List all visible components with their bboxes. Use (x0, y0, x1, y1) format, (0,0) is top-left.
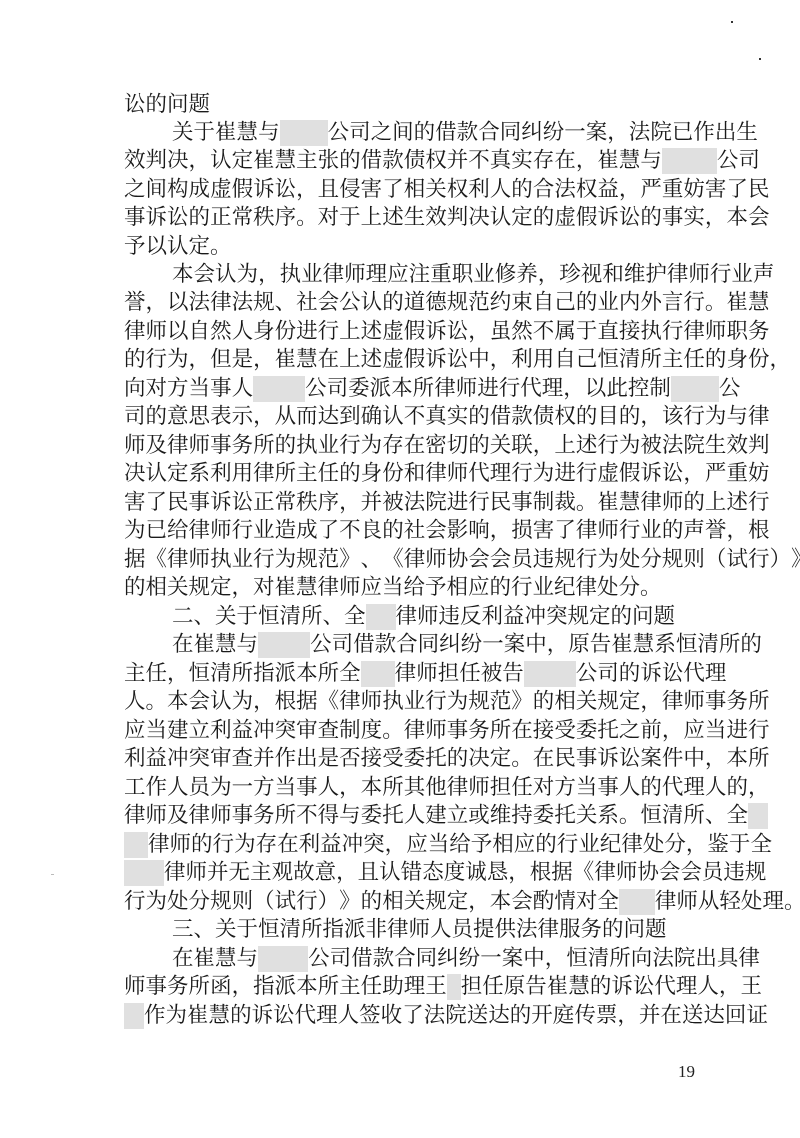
text-line: 利益冲突审查并作出是否接受委托的决定。在民事诉讼案件中，本所 (124, 745, 682, 773)
text-line: 三、关于恒清所指派非律师人员提供法律服务的问题 (172, 916, 682, 944)
redaction-box (280, 120, 328, 146)
text-line: 事诉讼的正常秩序。对于上述生效判决认定的虚假诉讼的事实，本会 (124, 204, 682, 232)
document-page: 讼的问题关于崔慧与公司之间的借款合同纠纷一案，法院已作出生效判决，认定崔慧主张的… (0, 0, 800, 1138)
text-line: 的行为，但是，崔慧在上述虚假诉讼中，利用自己恒清所主任的身份， (124, 346, 682, 374)
text-line: 律师并无主观故意，且认错态度诚恳，根据《律师协会会员违规 (124, 859, 682, 887)
redaction-box (361, 661, 395, 687)
redaction-box (124, 860, 164, 886)
text-line: 予以认定。 (124, 233, 682, 261)
text-segment: 的相关规定，对崔慧律师应当给予相应的行业纪律处分。 (124, 574, 662, 602)
redaction-box (258, 946, 308, 972)
scan-speck (731, 21, 733, 23)
redaction-box (671, 376, 719, 402)
redaction-box (258, 632, 310, 658)
redaction-box (662, 148, 717, 174)
redaction-box (253, 376, 305, 402)
text-line: 人。本会认为，根据《律师执业行为规范》的相关规定，律师事务所 (124, 688, 682, 716)
text-line: 应当建立利益冲突审查制度。律师事务所在接受委托之前，应当进行 (124, 717, 682, 745)
text-segment: 二、关于恒清所、全 (172, 603, 366, 631)
text-line: 向对方当事人公司委派本所律师进行代理，以此控制公 (124, 375, 682, 403)
redaction-box (748, 803, 768, 829)
text-line: 决认定系利用律所主任的身份和律师代理行为进行虚假诉讼，严重妨 (124, 460, 682, 488)
text-line: 律师以自然人身份进行上述虚假诉讼，虽然不属于直接执行律师职务 (124, 318, 682, 346)
text-line: 效判决，认定崔慧主张的借款债权并不真实存在，崔慧与公司 (124, 147, 682, 175)
text-line: 二、关于恒清所、全律师违反利益冲突规定的问题 (172, 603, 682, 631)
redaction-box (524, 661, 576, 687)
text-line: 师及律师事务所的执业行为存在密切的关联，上述行为被法院生效判 (124, 432, 682, 460)
text-line: 作为崔慧的诉讼代理人签收了法院送达的开庭传票，并在送达回证 (124, 1002, 682, 1030)
text-line: 害了民事诉讼正常秩序，并被法院进行民事制裁。崔慧律师的上述行 (124, 489, 682, 517)
text-line: 本会认为，执业律师理应注重职业修养，珍视和维护律师行业声 (172, 261, 682, 289)
text-line: 誉，以法律法规、社会公认的道德规范约束自己的业内外言行。崔慧 (124, 289, 682, 317)
text-line: 司的意思表示，从而达到确认不真实的借款债权的目的，该行为与律 (124, 403, 682, 431)
text-line: 在崔慧与公司借款合同纠纷一案中，原告崔慧系恒清所的 (172, 631, 682, 659)
text-line: 关于崔慧与公司之间的借款合同纠纷一案，法院已作出生 (172, 119, 682, 147)
text-line: 讼的问题 (124, 91, 682, 119)
text-line: 据《律师执业行为规范》、《律师协会会员违规行为处分规则（试行）》 (124, 546, 682, 574)
text-line: 主任，恒清所指派本所全律师担任被告公司的诉讼代理 (124, 660, 682, 688)
text-line: 工作人员为一方当事人，本所其他律师担任对方当事人的代理人的， (124, 774, 682, 802)
text-line: 师事务所函，指派本所主任助理王担任原告崔慧的诉讼代理人，王 (124, 973, 682, 1001)
scan-speck (759, 58, 761, 60)
text-line: 的相关规定，对崔慧律师应当给予相应的行业纪律处分。 (124, 574, 682, 602)
scan-speck (51, 874, 54, 875)
text-line: 之间构成虚假诉讼，且侵害了相关权利人的合法权益，严重妨害了民 (124, 176, 682, 204)
text-segment: 讼的问题 (124, 91, 210, 119)
redaction-box (619, 889, 655, 915)
text-line: 为已给律师行业造成了不良的社会影响，损害了律师行业的声誉，根 (124, 517, 682, 545)
text-line: 在崔慧与公司借款合同纠纷一案中，恒清所向法院出具律 (172, 945, 682, 973)
text-line: 律师的行为存在利益冲突，应当给予相应的行业纪律处分，鉴于全 (124, 831, 682, 859)
text-segment: 三、关于恒清所指派非律师人员提供法律服务的问题 (172, 916, 667, 944)
redaction-box (124, 1003, 144, 1029)
redaction-box (124, 832, 148, 858)
text-segment: 予以认定。 (124, 233, 232, 261)
redaction-box (366, 604, 396, 630)
text-line: 律师及律师事务所不得与委托人建立或维持委托关系。恒清所、全 (124, 802, 682, 830)
text-line: 行为处分规则（试行）》的相关规定，本会酌情对全律师从轻处理。 (124, 888, 682, 916)
text-segment: 律师违反利益冲突规定的问题 (396, 603, 676, 631)
redaction-box (447, 974, 461, 1000)
page-number: 19 (678, 1062, 695, 1082)
